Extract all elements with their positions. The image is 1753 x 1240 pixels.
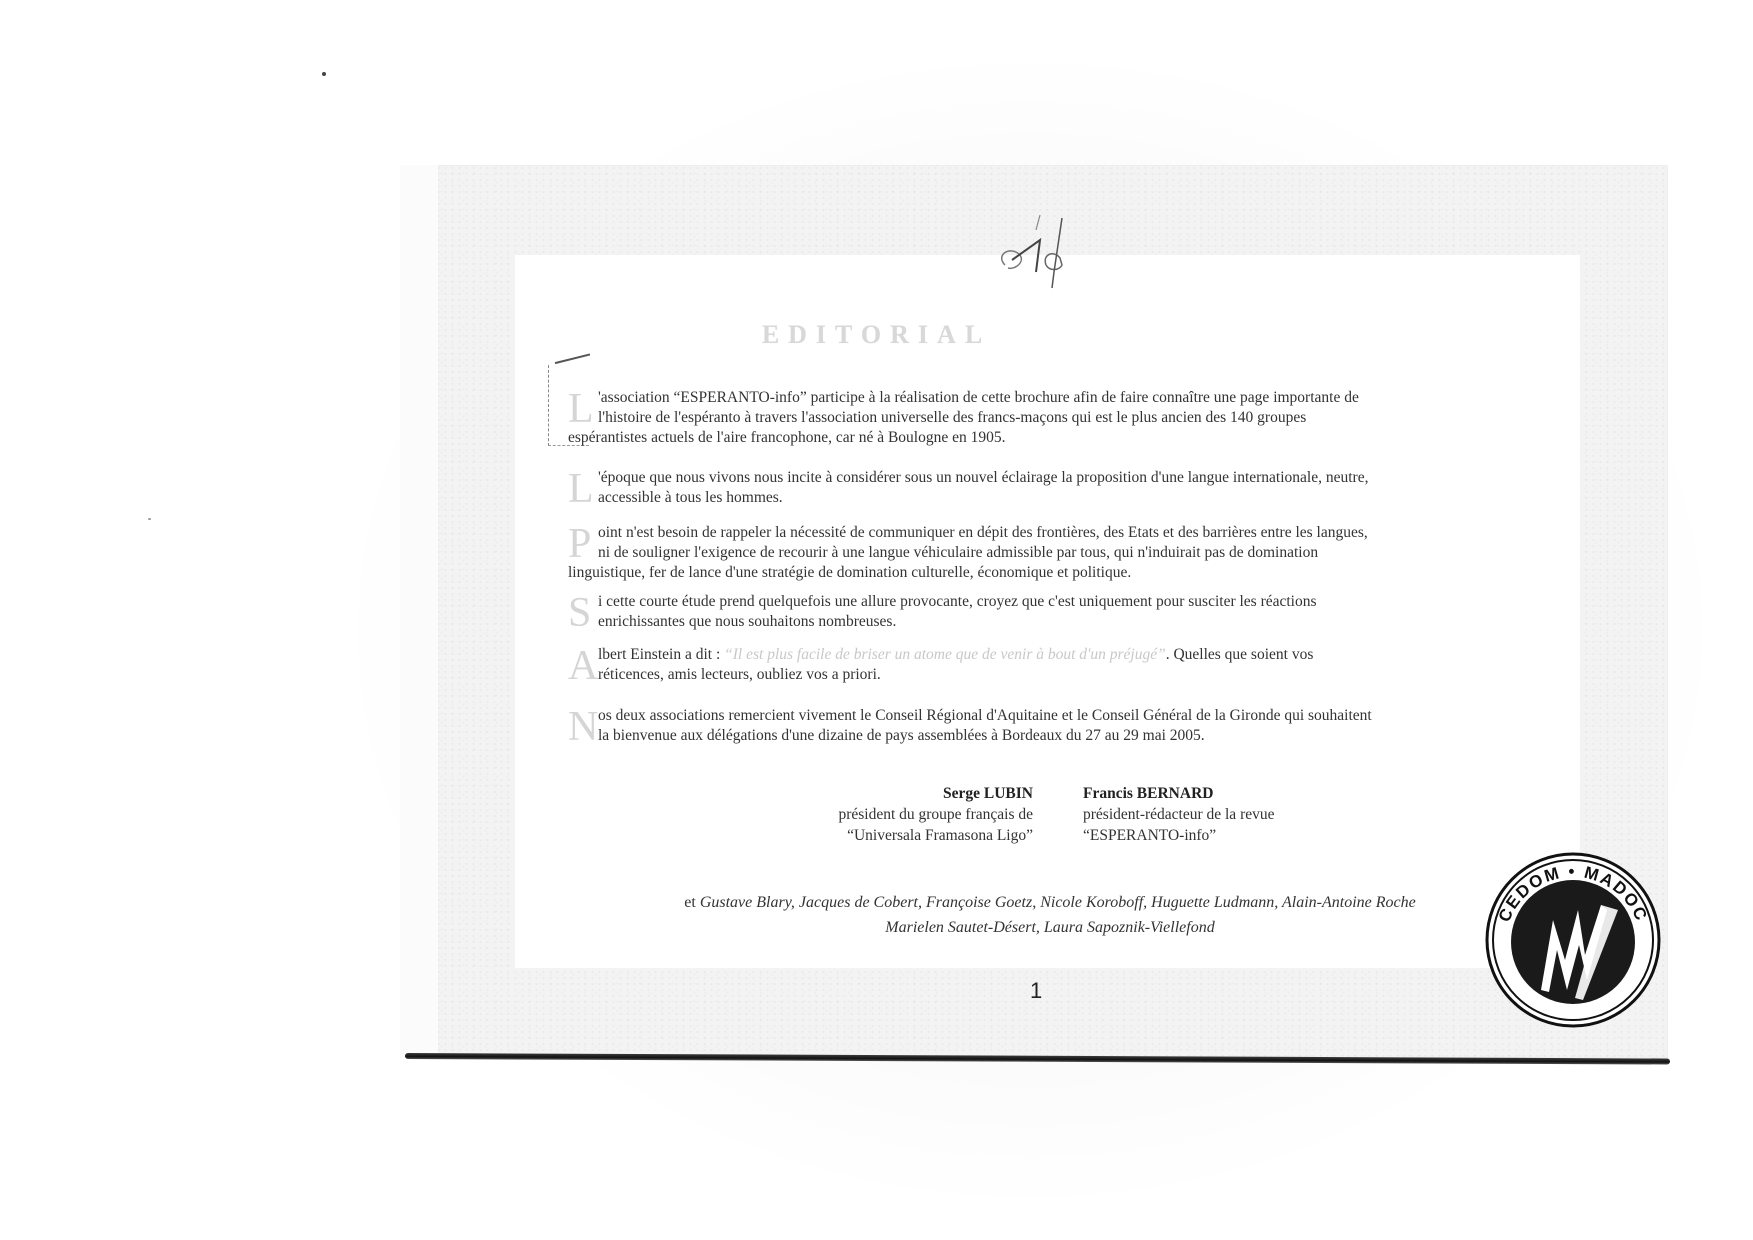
text-line: ni de souligner l'exigence de recourir à…: [568, 543, 1526, 563]
text-line: 'association “ESPERANTO-info” participe …: [568, 388, 1526, 408]
text-line: 'époque que nous vivons nous incite à co…: [568, 468, 1526, 488]
contributors-list: et Gustave Blary, Jacques de Cobert, Fra…: [520, 890, 1580, 940]
text-segment: . Quelles que soient vos: [1166, 646, 1314, 663]
signature-serge-lubin: Serge LUBIN président du groupe français…: [838, 783, 1033, 846]
text-line: i cette courte étude prend quelquefois u…: [568, 592, 1526, 612]
paragraph-3: P oint n'est besoin de rappeler la néces…: [568, 523, 1526, 583]
signatory-name: Serge LUBIN: [838, 783, 1033, 804]
text-line: oint n'est besoin de rappeler la nécessi…: [568, 523, 1526, 543]
einstein-quote: “Il est plus facile de briser un atome q…: [724, 646, 1166, 663]
cedom-madoc-stamp-icon: CEDOM • MADOC: [1483, 850, 1663, 1030]
paragraph-1: L 'association “ESPERANTO-info” particip…: [568, 388, 1526, 448]
contributors-names: Gustave Blary, Jacques de Cobert, Franço…: [700, 894, 1416, 911]
contributors-line: Marielen Sautet-Désert, Laura Sapoznik-V…: [520, 915, 1580, 940]
page-left-margin: [400, 165, 438, 1058]
text-line: espérantistes actuels de l'aire francoph…: [568, 428, 1526, 448]
signatory-role: président du groupe français de: [838, 804, 1033, 825]
text-line: accessible à tous les hommes.: [568, 488, 1526, 508]
paragraph-5: A lbert Einstein a dit : “Il est plus fa…: [568, 645, 1526, 685]
dropcap: N: [568, 707, 598, 747]
paragraph-2: L 'époque que nous vivons nous incite à …: [568, 468, 1526, 508]
scan-speck: [322, 72, 326, 76]
signature-francis-bernard: Francis BERNARD président-rédacteur de l…: [1083, 783, 1275, 846]
dropcap: A: [568, 646, 598, 686]
page-number: 1: [1030, 978, 1042, 1004]
text-line: la bienvenue aux délégations d'une dizai…: [568, 726, 1526, 746]
text-line: réticences, amis lecteurs, oubliez vos a…: [568, 665, 1526, 685]
contributors-line: et Gustave Blary, Jacques de Cobert, Fra…: [520, 890, 1580, 915]
handwritten-annotation-icon: [990, 210, 1085, 300]
dropcap: L: [568, 469, 594, 509]
dropcap: S: [568, 593, 591, 633]
text-line: linguistique, fer de lance d'une stratég…: [568, 563, 1526, 583]
text-segment: lbert Einstein a dit :: [598, 646, 724, 663]
text-line: l'histoire de l'espéranto à travers l'as…: [568, 408, 1526, 428]
dropcap: L: [568, 389, 594, 429]
paragraph-4: S i cette courte étude prend quelquefois…: [568, 592, 1526, 632]
page-title: EDITORIAL: [0, 320, 1753, 350]
scan-speck: [148, 518, 151, 520]
signatory-role: président-rédacteur de la revue: [1083, 804, 1275, 825]
text-line: enrichissantes que nous souhaitons nombr…: [568, 612, 1526, 632]
contributors-prefix: et: [684, 894, 696, 911]
signatory-org: “ESPERANTO-info”: [1083, 825, 1275, 846]
text-line: lbert Einstein a dit : “Il est plus faci…: [568, 645, 1526, 665]
signatory-name: Francis BERNARD: [1083, 783, 1275, 804]
signatory-org: “Universala Framasona Ligo”: [838, 825, 1033, 846]
text-line: os deux associations remercient vivement…: [568, 706, 1526, 726]
paragraph-6: N os deux associations remercient viveme…: [568, 706, 1526, 746]
dropcap: P: [568, 524, 591, 564]
